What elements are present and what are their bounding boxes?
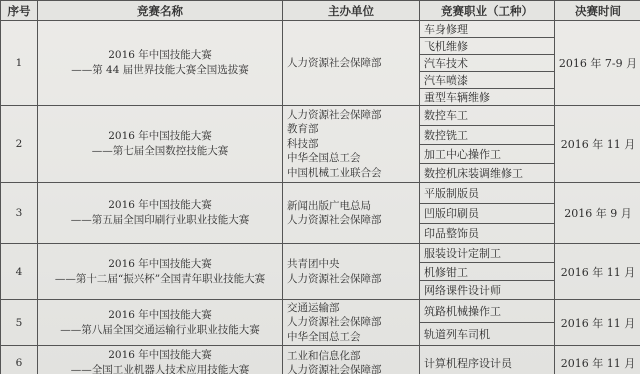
- table-row: 3 2016 年中国技能大赛 ——第五届全国印刷行业职业技能大赛 新闻出版广电总…: [1, 183, 640, 244]
- name-line-1: 2016 年中国技能大赛: [38, 348, 282, 363]
- organizer: 人力资源社会保障部: [287, 272, 419, 287]
- table-row: 1 2016 年中国技能大赛 ——第 44 届世界技能大赛全国选拔赛 人力资源社…: [1, 21, 640, 106]
- final-date: 2016 年 9 月: [555, 183, 640, 244]
- name-line-1: 2016 年中国技能大赛: [38, 308, 282, 323]
- jobs-cell: 计算机程序设计员: [420, 346, 555, 374]
- jobs-cell: 车身修理 飞机维修 汽车技术 汽车喷漆 重型车辆维修: [420, 21, 555, 106]
- name-line-2: ——第七届全国数控技能大赛: [38, 144, 282, 159]
- jobs-cell: 数控车工 数控铣工 加工中心操作工 数控机床装调维修工: [420, 106, 555, 183]
- document-page: 序号 竞赛名称 主办单位 竞赛职业（工种） 决赛时间 1 2016 年中国技能大…: [0, 0, 640, 374]
- name-line-1: 2016 年中国技能大赛: [38, 48, 282, 63]
- organizer: 中国机械工业联合会: [287, 166, 419, 181]
- competition-name: 2016 年中国技能大赛 ——第十二届“振兴杯”全国青年职业技能大赛: [38, 244, 283, 300]
- job-item: 平版制版员: [420, 183, 554, 203]
- organizer: 交通运输部: [287, 301, 419, 316]
- header-row: 序号 竞赛名称 主办单位 竞赛职业（工种） 决赛时间: [1, 1, 640, 21]
- job-item: 加工中心操作工: [420, 144, 554, 163]
- row-index: 2: [1, 106, 38, 183]
- organizer: 中华全国总工会: [287, 151, 419, 166]
- organizer: 人力资源社会保障部: [287, 363, 419, 374]
- competition-name: 2016 年中国技能大赛 ——第五届全国印刷行业职业技能大赛: [38, 183, 283, 244]
- job-item: 汽车喷漆: [420, 72, 554, 89]
- header-index: 序号: [1, 1, 38, 21]
- organizer: 新闻出版广电总局: [287, 199, 419, 214]
- table-row: 6 2016 年中国技能大赛 ——全国工业机器人技术应用技能大赛 工业和信息化部…: [1, 346, 640, 374]
- organizer-cell: 共青团中央 人力资源社会保障部: [283, 244, 420, 300]
- competition-table: 序号 竞赛名称 主办单位 竞赛职业（工种） 决赛时间 1 2016 年中国技能大…: [0, 0, 640, 374]
- organizer: 人力资源社会保障部: [287, 315, 419, 330]
- name-line-2: ——第八届全国交通运输行业职业技能大赛: [38, 323, 282, 338]
- name-line-1: 2016 年中国技能大赛: [38, 129, 282, 144]
- header-date: 决赛时间: [555, 1, 640, 21]
- jobs-cell: 平版制版员 凹版印刷员 印品整饰员: [420, 183, 555, 244]
- organizer: 教育部: [287, 122, 419, 137]
- row-index: 1: [1, 21, 38, 106]
- table-row: 4 2016 年中国技能大赛 ——第十二届“振兴杯”全国青年职业技能大赛 共青团…: [1, 244, 640, 300]
- job-item: 机修钳工: [420, 263, 554, 281]
- organizer: 人力资源社会保障部: [287, 213, 419, 228]
- name-line-1: 2016 年中国技能大赛: [38, 198, 282, 213]
- name-line-1: 2016 年中国技能大赛: [38, 257, 282, 272]
- final-date: 2016 年 11 月: [555, 106, 640, 183]
- row-index: 4: [1, 244, 38, 300]
- jobs-cell: 服装设计定制工 机修钳工 网络课件设计师: [420, 244, 555, 300]
- competition-name: 2016 年中国技能大赛 ——第七届全国数控技能大赛: [38, 106, 283, 183]
- name-line-2: ——全国工业机器人技术应用技能大赛: [38, 363, 282, 374]
- final-date: 2016 年 11 月: [555, 300, 640, 346]
- final-date: 2016 年 7-9 月: [555, 21, 640, 106]
- name-line-2: ——第十二届“振兴杯”全国青年职业技能大赛: [38, 272, 282, 287]
- job-item: 网络课件设计师: [420, 281, 554, 299]
- header-organizer: 主办单位: [283, 1, 420, 21]
- competition-name: 2016 年中国技能大赛 ——第八届全国交通运输行业职业技能大赛: [38, 300, 283, 346]
- header-jobs: 竞赛职业（工种）: [420, 1, 555, 21]
- final-date: 2016 年 11 月: [555, 346, 640, 374]
- name-line-2: ——第 44 届世界技能大赛全国选拔赛: [38, 63, 282, 78]
- organizer-cell: 新闻出版广电总局 人力资源社会保障部: [283, 183, 420, 244]
- job-item: 数控铣工: [420, 125, 554, 144]
- competition-name: 2016 年中国技能大赛 ——第 44 届世界技能大赛全国选拔赛: [38, 21, 283, 106]
- job-item: 车身修理: [420, 21, 554, 38]
- organizer-cell: 人力资源社会保障部: [283, 21, 420, 106]
- final-date: 2016 年 11 月: [555, 244, 640, 300]
- job-item: 重型车辆维修: [420, 89, 554, 106]
- name-line-2: ——第五届全国印刷行业职业技能大赛: [38, 213, 282, 228]
- job-item: 服装设计定制工: [420, 245, 554, 263]
- jobs-cell: 筑路机械操作工 轨道列车司机: [420, 300, 555, 346]
- organizer-cell: 工业和信息化部 人力资源社会保障部: [283, 346, 420, 374]
- organizer: 中华全国总工会: [287, 330, 419, 345]
- job-item: 轨道列车司机: [420, 323, 554, 345]
- job-item: 凹版印刷员: [420, 203, 554, 223]
- row-index: 6: [1, 346, 38, 374]
- organizer-cell: 人力资源社会保障部 教育部 科技部 中华全国总工会 中国机械工业联合会: [283, 106, 420, 183]
- table-row: 2 2016 年中国技能大赛 ——第七届全国数控技能大赛 人力资源社会保障部 教…: [1, 106, 640, 183]
- organizer: 共青团中央: [287, 257, 419, 272]
- organizer: 科技部: [287, 137, 419, 152]
- job-item: 筑路机械操作工: [420, 301, 554, 323]
- table-row: 5 2016 年中国技能大赛 ——第八届全国交通运输行业职业技能大赛 交通运输部…: [1, 300, 640, 346]
- row-index: 3: [1, 183, 38, 244]
- organizer: 人力资源社会保障部: [287, 108, 419, 123]
- organizer: 工业和信息化部: [287, 349, 419, 364]
- job-item: 印品整饰员: [420, 223, 554, 243]
- job-item: 汽车技术: [420, 55, 554, 72]
- job-item: 计算机程序设计员: [420, 347, 554, 374]
- job-item: 飞机维修: [420, 38, 554, 55]
- job-item: 数控车工: [420, 106, 554, 125]
- organizer-cell: 交通运输部 人力资源社会保障部 中华全国总工会: [283, 300, 420, 346]
- row-index: 5: [1, 300, 38, 346]
- organizer: 人力资源社会保障部: [287, 56, 419, 71]
- competition-name: 2016 年中国技能大赛 ——全国工业机器人技术应用技能大赛: [38, 346, 283, 374]
- job-item: 数控机床装调维修工: [420, 163, 554, 182]
- header-name: 竞赛名称: [38, 1, 283, 21]
